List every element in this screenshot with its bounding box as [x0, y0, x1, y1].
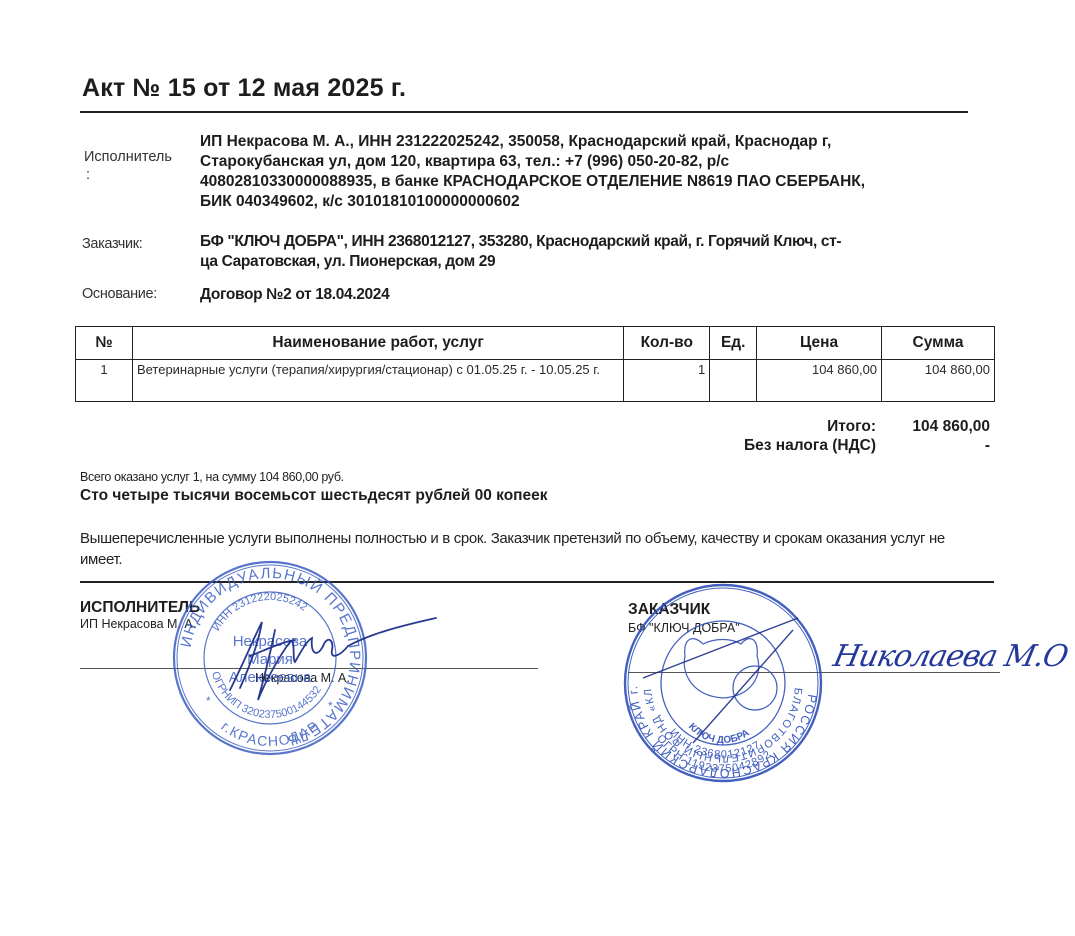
basis-value: Договор №2 от 18.04.2024	[200, 285, 389, 305]
executor-label: Исполнитель	[84, 149, 172, 165]
vat-label: Без налога (НДС)	[640, 437, 876, 455]
customer-stamp: РОССИЯ КРАСНОДАРСКИЙ КРАЙ г. ГОРЯЧИЙ КЛЮ…	[623, 578, 823, 788]
executor-line: Старокубанская ул, дом 120, квартира 63,…	[200, 152, 1020, 172]
customer-line: БФ "КЛЮЧ ДОБРА", ИНН 2368012127, 353280,…	[200, 232, 1020, 252]
cell-qty: 1	[624, 360, 710, 402]
col-header-price: Цена	[757, 327, 882, 360]
document-title: Акт № 15 от 12 мая 2025 г.	[82, 74, 406, 103]
cell-price: 104 860,00	[757, 360, 882, 402]
svg-text:РОССИЯ КРАСНОДАРСКИЙ КРАЙ г. Г: РОССИЯ КРАСНОДАРСКИЙ КРАЙ г. ГОРЯЧИЙ КЛЮ…	[616, 566, 819, 780]
customer-line: ца Саратовская, ул. Пионерская, дом 29	[200, 252, 1020, 272]
total-label: Итого:	[640, 418, 876, 436]
basis-label: Основание:	[82, 286, 157, 302]
customer-handwritten-signature: Николаева М.О	[835, 628, 1060, 678]
executor-line: 40802810330000088935, в банке КРАСНОДАРС…	[200, 172, 1020, 192]
customer-details: БФ "КЛЮЧ ДОБРА", ИНН 2368012127, 353280,…	[200, 232, 1020, 272]
executor-line: БИК 040349602, к/с 30101810100000000602	[200, 192, 1020, 212]
col-header-qty: Кол-во	[624, 327, 710, 360]
items-table: № Наименование работ, услуг Кол-во Ед. Ц…	[75, 326, 995, 402]
title-underline	[80, 111, 968, 113]
customer-signature-text: Николаева М.О	[829, 639, 1071, 674]
cell-unit	[710, 360, 757, 402]
cell-name: Ветеринарные услуги (терапия/хирургия/ст…	[132, 360, 623, 402]
svg-text:г.КРАСНОДАР: г.КРАСНОДАР	[218, 717, 322, 749]
vat-value: -	[880, 437, 990, 455]
executor-handwritten-signature	[200, 600, 440, 710]
total-value: 104 860,00	[880, 418, 990, 436]
executor-stamp-city: г.КРАСНОДАР	[218, 717, 322, 749]
customer-stamp-outer-text: РОССИЯ КРАСНОДАРСКИЙ КРАЙ г. ГОРЯЧИЙ КЛЮ…	[616, 566, 819, 780]
table-row: 1 Ветеринарные услуги (терапия/хирургия/…	[76, 360, 995, 402]
executor-line: ИП Некрасова М. А., ИНН 231222025242, 35…	[200, 132, 1020, 152]
executor-details: ИП Некрасова М. А., ИНН 231222025242, 35…	[200, 132, 1020, 212]
col-header-sum: Сумма	[882, 327, 995, 360]
cell-number: 1	[76, 360, 133, 402]
col-header-number: №	[76, 327, 133, 360]
cell-sum: 104 860,00	[882, 360, 995, 402]
amount-in-words: Сто четыре тысячи восемьсот шестьдесят р…	[80, 487, 548, 505]
services-count-line: Всего оказано услуг 1, на сумму 104 860,…	[80, 470, 344, 484]
table-header-row: № Наименование работ, услуг Кол-во Ед. Ц…	[76, 327, 995, 360]
col-header-name: Наименование работ, услуг	[132, 327, 623, 360]
col-header-unit: Ед.	[710, 327, 757, 360]
customer-label: Заказчик:	[82, 236, 142, 252]
executor-label-colon: :	[86, 167, 90, 183]
